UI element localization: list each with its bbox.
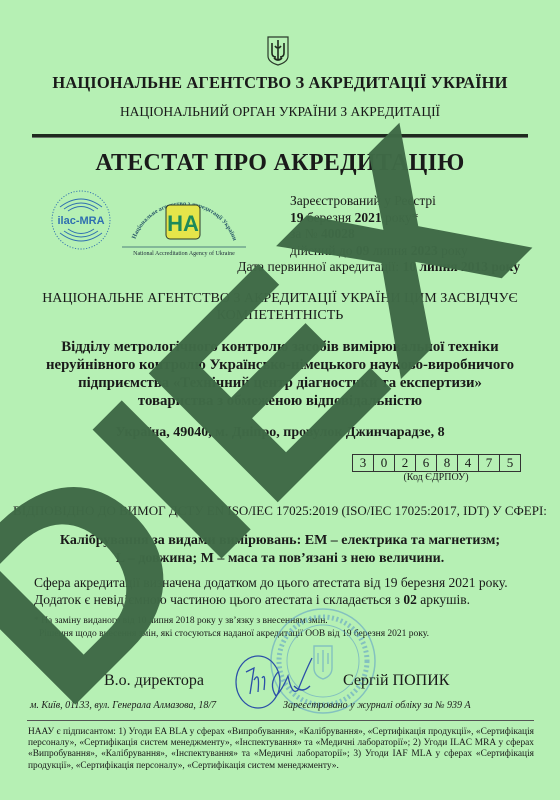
edrpou-digit: 8 — [437, 454, 458, 472]
organization-line: підприємства «Технічний центр діагностик… — [0, 374, 560, 392]
agency-subtitle: НАЦІОНАЛЬНИЙ ОРГАН УКРАЇНИ З АКРЕДИТАЦІЇ — [0, 104, 560, 120]
naau-signatory-note: НААУ є підписантом: 1) Угоди EA BLA у сф… — [28, 727, 534, 772]
signatory-role: В.о. директора — [104, 672, 204, 690]
ilac-mra-logo-icon: ilac-MRA — [50, 189, 112, 251]
organization-address: Україна, 49040, м. Дніпро, провулок Джин… — [0, 425, 560, 441]
annex-line: Сфера акредитації визначена додатком до … — [34, 574, 508, 591]
registration-line: Зареєстрований у Реєстрі — [290, 193, 468, 210]
valid-until: дійсний до 09 липня 2023 року — [290, 243, 468, 260]
svg-text:National Accreditation Agency: National Accreditation Agency of Ukraine — [133, 250, 235, 257]
header-divider — [32, 134, 528, 138]
edrpou-digit: 6 — [416, 454, 437, 472]
certifies-line: КОМПЕТЕНТНІСТЬ — [0, 307, 560, 324]
edrpou-digit: 5 — [500, 454, 521, 472]
accreditation-certificate: НАЦІОНАЛЬНЕ АГЕНТСТВО З АКРЕДИТАЦІЇ УКРА… — [0, 0, 560, 800]
svg-text:ilac-MRA: ilac-MRA — [57, 215, 104, 227]
naau-logo-icon: Національне агентство з акредитації Укра… — [120, 181, 248, 257]
edrpou-digit: 7 — [479, 454, 500, 472]
agency-title: НАЦІОНАЛЬНЕ АГЕНТСТВО З АКРЕДИТАЦІЇ УКРА… — [0, 73, 560, 93]
journal-registration: Зареєстровано у журналі обліку за № 939 … — [283, 700, 471, 711]
first-accreditation-date: Дата первинної акредитації: 10 липня 201… — [237, 259, 520, 275]
edrpou-digit: 0 — [374, 454, 395, 472]
edrpou-code: 3 0 2 6 8 4 7 5 — [352, 454, 521, 472]
scope-line: Калібрування за видами вимірювань: ЕМ – … — [0, 532, 560, 550]
certifies-line: НАЦІОНАЛЬНЕ АГЕНТСТВО З АКРЕДИТАЦІЇ УКРА… — [0, 290, 560, 307]
edrpou-digit: 2 — [395, 454, 416, 472]
annex-statement: Сфера акредитації визначена додатком до … — [34, 574, 508, 608]
organization-line: Відділу метрологічного контролю засобів … — [0, 338, 560, 356]
organization-line: неруйнівного контролю Українсько-німецьк… — [0, 356, 560, 374]
organization-line: товариства з обмеженою відповідальністю — [0, 392, 560, 410]
footer-divider — [27, 720, 534, 721]
certifies-statement: НАЦІОНАЛЬНЕ АГЕНТСТВО З АКРЕДИТАЦІЇ УКРА… — [0, 290, 560, 324]
edrpou-digit: 4 — [458, 454, 479, 472]
edrpou-digit: 3 — [352, 454, 374, 472]
trident-icon — [267, 36, 289, 66]
agency-address: м. Київ, 01133, вул. Генерала Алмазова, … — [30, 700, 216, 711]
svg-text:НА: НА — [167, 211, 199, 236]
scope-line: L – довжина; М – маса та пов’язані з нею… — [0, 550, 560, 568]
certificate-title: АТЕСТАТ ПРО АКРЕДИТАЦІЮ — [0, 150, 560, 177]
edrpou-label: (Код ЄДРПОУ) — [352, 472, 520, 483]
signatory-name: Сергій ПОПИК — [343, 672, 449, 690]
registration-date: 19 березня 2021 року* — [290, 210, 468, 227]
organization-name: Відділу метрологічного контролю засобів … — [0, 338, 560, 410]
registration-block: Зареєстрований у Реєстрі 19 березня 2021… — [290, 193, 468, 259]
standard-requirement: ВІДПОВІДНО ДО ВИМОГ ДСТУ EN ISO/IEC 1702… — [0, 503, 560, 519]
accreditation-scope: Калібрування за видами вимірювань: ЕМ – … — [0, 532, 560, 568]
registration-number: за № 40028 — [290, 226, 468, 243]
